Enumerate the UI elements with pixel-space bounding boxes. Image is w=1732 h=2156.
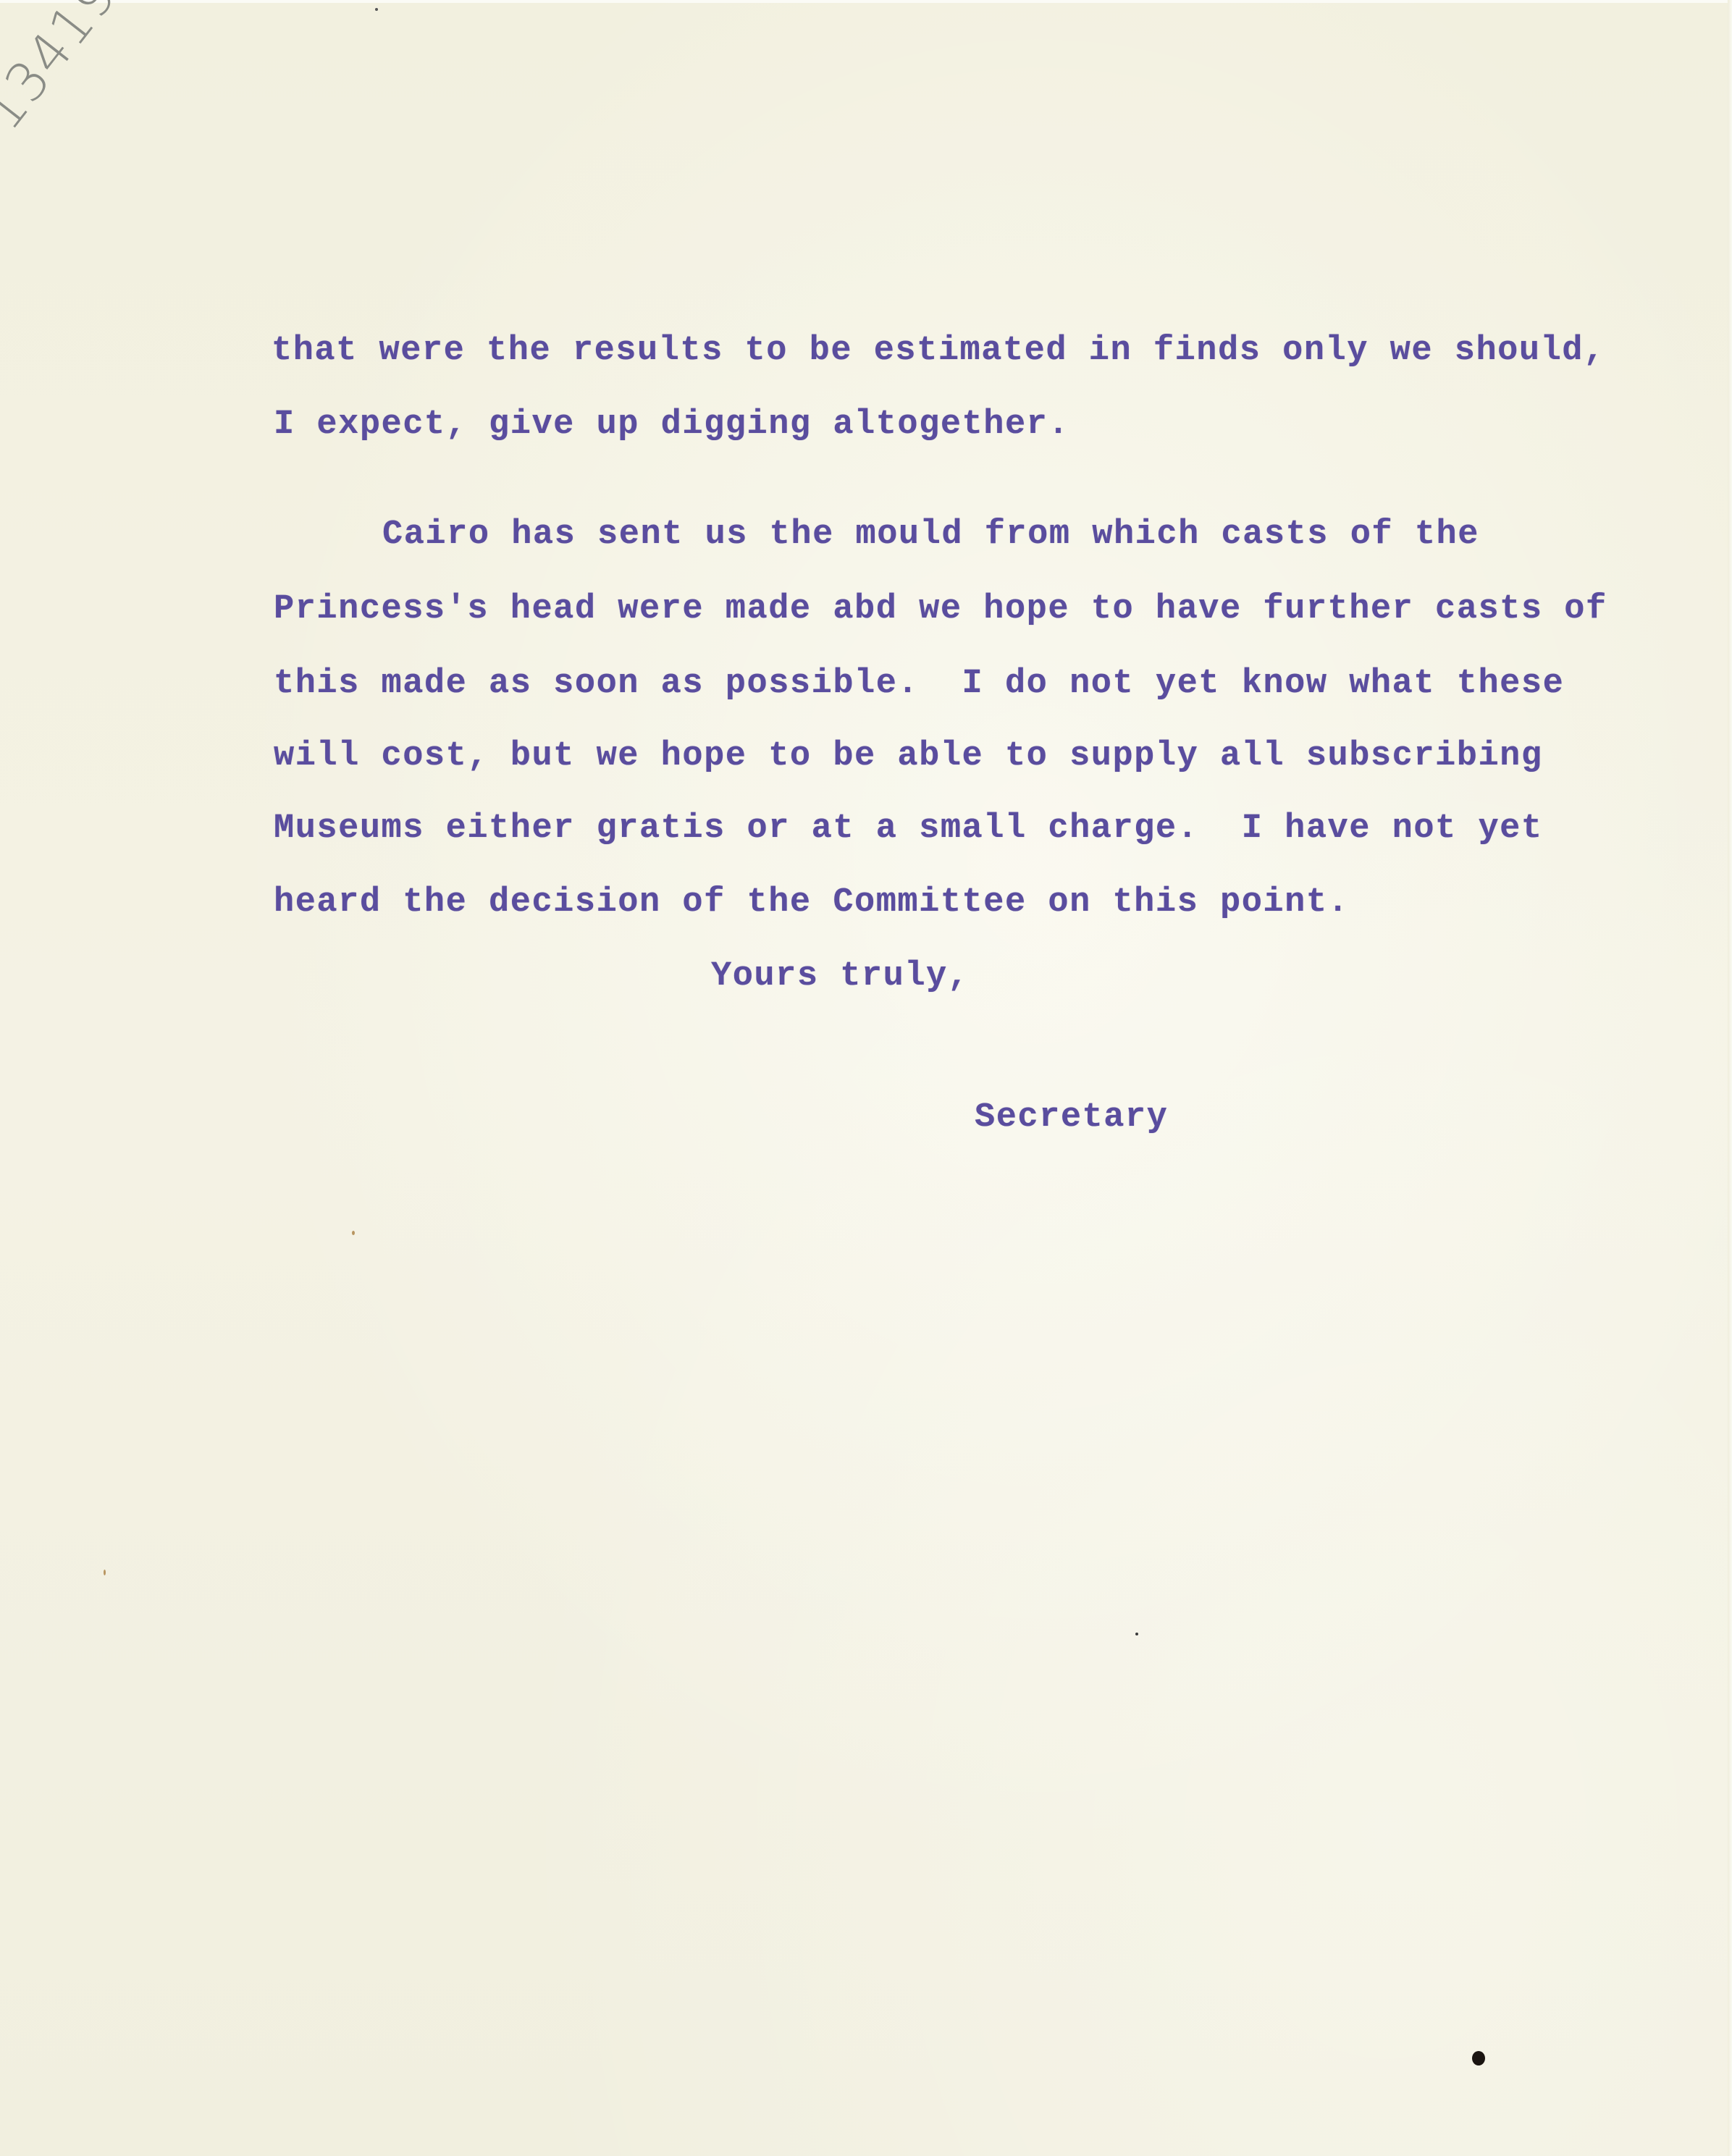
body-line: that were the results to be estimated in… — [272, 332, 1605, 370]
body-line: Museums either gratis or at a small char… — [274, 809, 1543, 848]
closing-salutation: Yours truly, — [711, 957, 969, 995]
body-line: will cost, but we hope to be able to sup… — [274, 737, 1543, 775]
letter-page: 13419 that were the results to be estima… — [0, 0, 1732, 2156]
paper-speck — [352, 1231, 355, 1235]
body-line: I expect, give up digging altogether. — [274, 405, 1069, 444]
paper-top-edge — [0, 0, 1732, 3]
ink-blot-mark — [1472, 2051, 1485, 2066]
body-line: this made as soon as possible. I do not … — [274, 665, 1564, 703]
paper-speck — [1135, 1633, 1138, 1635]
paper-right-edge — [1728, 0, 1732, 2156]
signature-title: Secretary — [975, 1098, 1168, 1137]
body-line: Cairo has sent us the mould from which c… — [382, 515, 1479, 554]
paper-speck — [375, 8, 378, 11]
body-line: Princess's head were made abd we hope to… — [274, 590, 1607, 628]
archive-number-pencil: 13419 — [0, 0, 130, 142]
body-line: heard the decision of the Committee on t… — [274, 883, 1349, 922]
paper-speck — [104, 1570, 106, 1575]
